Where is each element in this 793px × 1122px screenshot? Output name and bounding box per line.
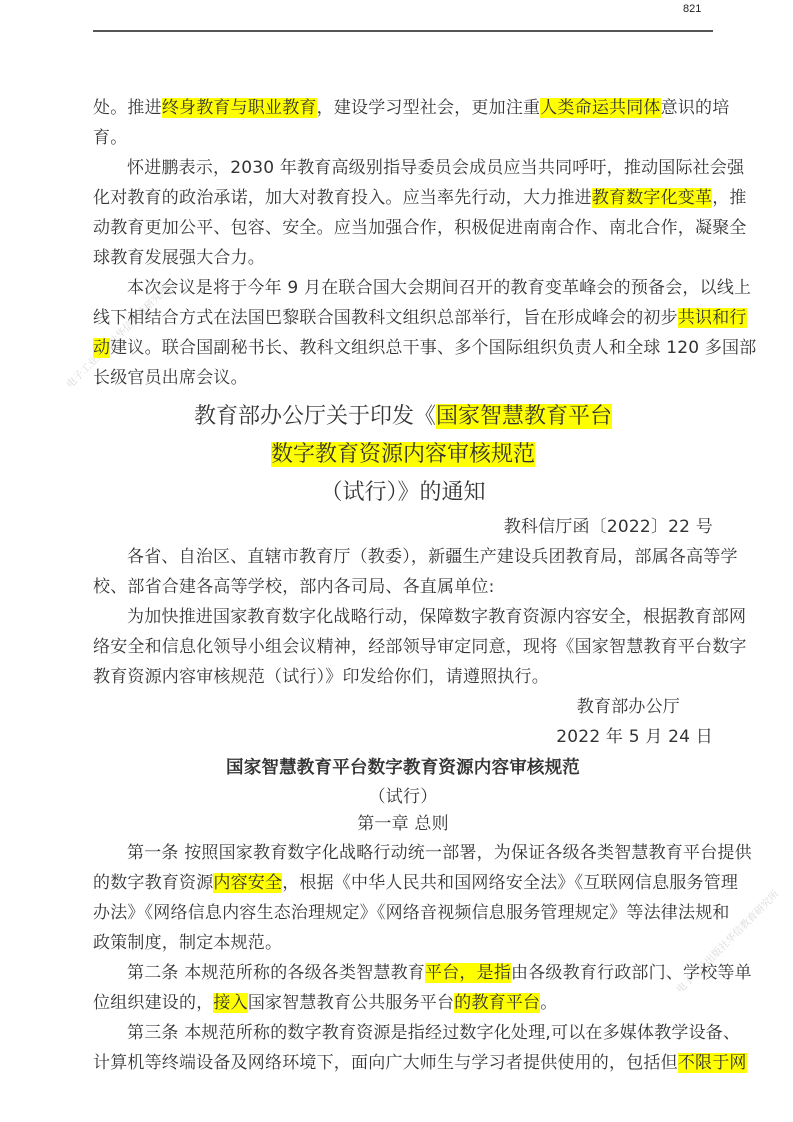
highlighted-text: 平台，是指 [425, 963, 511, 983]
document-number: 教科信厅函〔2022〕22 号 [93, 512, 713, 542]
highlighted-text: 内容安全 [213, 873, 282, 893]
intro-paragraph-line: 本次会议是将于今年 9 月在联合国大会期间召开的教育变革峰会的预备会，以线上 [93, 273, 713, 303]
text-run: 。 [540, 993, 557, 1013]
regulation-title: 国家智慧教育平台数字教育资源内容审核规范 [93, 752, 713, 784]
article-paragraph-line: 政策制度，制定本规范。 [93, 928, 713, 958]
text-run: ，建设学习型社会，更加注重 [317, 98, 541, 118]
text-run: 长级官员出席会议。 [93, 368, 248, 388]
document-body: 处。推进终身教育与职业教育，建设学习型社会，更加注重人类命运共同体意识的培育。怀… [93, 93, 713, 1078]
highlighted-text: 终身教育与职业教育 [162, 98, 317, 118]
text-run: 第二条 本规范所称的各级各类智慧教育 [127, 963, 425, 983]
header-rule [93, 30, 713, 32]
notice-body-line-2: 络安全和信息化领导小组会议精神，经部领导审定同意，现将《国家智慧教育平台数字 [93, 632, 713, 662]
text-run: 动教育更加公平、包容、安全。应当加强合作，积极促进南南合作、南北合作，凝聚全 [93, 218, 747, 238]
article-paragraph-line: 的数字教育资源内容安全，根据《中华人民共和国网络安全法》《互联网信息服务管理 [93, 868, 713, 898]
notice-title-line: 数字教育资源内容审核规范 [93, 436, 713, 474]
text-run: 意识的培 [661, 98, 730, 118]
highlighted-text: 共识和行 [678, 308, 747, 328]
highlighted-text: 国家智慧教育平台 [436, 404, 612, 429]
article-paragraph-line: 办法》《网络信息内容生态治理规定》《网络音视频信息服务管理规定》等法律法规和 [93, 898, 713, 928]
text-run: 育。 [93, 128, 127, 148]
text-run: 怀进鹏表示，2030 年教育高级别指导委员会成员应当共同呼吁，推动国际社会强 [127, 158, 744, 178]
articles-section: 第一条 按照国家教育数字化战略行动统一部署，为保证各级各类智慧教育平台提供的数字… [93, 838, 713, 1078]
text-run: 的数字教育资源 [93, 873, 213, 893]
text-run: 化对教育的政治承诺，加大对教育投入。应当率先行动，大力推进 [93, 188, 592, 208]
article-paragraph-line: 第一条 按照国家教育数字化战略行动统一部署，为保证各级各类智慧教育平台提供 [93, 838, 713, 868]
page-number: 821 [683, 3, 701, 15]
text-run: 计算机等终端设备及网络环境下，面向广大师生与学习者提供使用的，包括但 [93, 1053, 678, 1073]
text-run: 国家智慧教育公共服务平台 [248, 993, 454, 1013]
notice-body-line-3: 教育资源内容审核规范（试行）》印发给你们，请遵照执行。 [93, 662, 713, 692]
text-run: 线下相结合方式在法国巴黎联合国教科文组织总部举行，旨在形成峰会的初步 [93, 308, 678, 328]
text-run: ，推 [712, 188, 746, 208]
regulation-subtitle: （试行） [93, 784, 713, 811]
intro-paragraph-line: 动建议。联合国副秘书长、教科文组织总干事、多个国际组织负责人和全球 120 多国… [93, 333, 713, 363]
intro-paragraph-line: 线下相结合方式在法国巴黎联合国教科文组织总部举行，旨在形成峰会的初步共识和行 [93, 303, 713, 333]
intro-section: 处。推进终身教育与职业教育，建设学习型社会，更加注重人类命运共同体意识的培育。怀… [93, 93, 713, 393]
signature: 教育部办公厅 [93, 692, 713, 722]
text-run: 由各级教育行政部门、学校等单 [511, 963, 752, 983]
text-run: 本次会议是将于今年 9 月在联合国大会期间召开的教育变革峰会的预备会，以线上 [127, 278, 751, 298]
highlighted-text: 不限于网 [678, 1053, 747, 1073]
recipients-line-2: 校、部省合建各高等学校，部内各司局、各直属单位: [93, 572, 713, 602]
article-paragraph-line: 第二条 本规范所称的各级各类智慧教育平台，是指由各级教育行政部门、学校等单 [93, 958, 713, 988]
intro-paragraph-line: 育。 [93, 123, 713, 153]
text-run: 球教育发展强大合力。 [93, 248, 265, 268]
highlighted-text: 接入 [213, 993, 247, 1013]
article-paragraph-line: 计算机等终端设备及网络环境下，面向广大师生与学习者提供使用的，包括但不限于网 [93, 1048, 713, 1078]
notice-title-line: 教育部办公厅关于印发《国家智慧教育平台 [93, 398, 713, 436]
intro-paragraph-line: 长级官员出席会议。 [93, 363, 713, 393]
article-paragraph-line: 第三条 本规范所称的数字教育资源是指经过数字化处理,可以在多媒体教学设备、 [93, 1018, 713, 1048]
text-run: 第三条 本规范所称的数字教育资源是指经过数字化处理,可以在多媒体教学设备、 [127, 1023, 740, 1043]
intro-paragraph-line: 处。推进终身教育与职业教育，建设学习型社会，更加注重人类命运共同体意识的培 [93, 93, 713, 123]
intro-paragraph-line: 怀进鹏表示，2030 年教育高级别指导委员会成员应当共同呼吁，推动国际社会强 [93, 153, 713, 183]
article-paragraph-line: 位组织建设的，接入国家智慧教育公共服务平台的教育平台。 [93, 988, 713, 1018]
text-run: 第一条 按照国家教育数字化战略行动统一部署，为保证各级各类智慧教育平台提供 [127, 843, 752, 863]
notice-body-line-1: 为加快推进国家教育数字化战略行动，保障数字教育资源内容安全，根据教育部网 [93, 602, 713, 632]
text-run: 处。推进 [93, 98, 162, 118]
notice-title: 教育部办公厅关于印发《国家智慧教育平台数字教育资源内容审核规范（试行）》的通知 [93, 398, 713, 512]
text-run: ，根据《中华人民共和国网络安全法》《互联网信息服务管理 [282, 873, 738, 893]
intro-paragraph-line: 化对教育的政治承诺，加大对教育投入。应当率先行动，大力推进教育数字化变革，推 [93, 183, 713, 213]
highlighted-text: 的教育平台 [454, 993, 540, 1013]
text-run: 建议。联合国副秘书长、教科文组织总干事、多个国际组织负责人和全球 120 多国部 [110, 338, 756, 358]
intro-paragraph-line: 球教育发展强大合力。 [93, 243, 713, 273]
highlighted-text: 教育数字化变革 [592, 188, 712, 208]
signature-text: 教育部办公厅 [577, 697, 680, 717]
highlighted-text: 人类命运共同体 [540, 98, 660, 118]
recipients-line-1: 各省、自治区、直辖市教育厅（教委），新疆生产建设兵团教育局，部属各高等学 [93, 542, 713, 572]
text-run: （试行）》的通知 [320, 480, 485, 505]
intro-paragraph-line: 动教育更加公平、包容、安全。应当加强合作，积极促进南南合作、南北合作，凝聚全 [93, 213, 713, 243]
highlighted-text: 数字教育资源内容审核规范 [271, 442, 535, 467]
text-run: 位组织建设的， [93, 993, 213, 1013]
highlighted-text: 动 [93, 338, 110, 358]
chapter-heading: 第一章 总则 [93, 811, 713, 838]
text-run: 办法》《网络信息内容生态治理规定》《网络音视频信息服务管理规定》等法律法规和 [93, 903, 730, 923]
text-run: 教育部办公厅关于印发《 [194, 404, 436, 429]
text-run: 政策制度，制定本规范。 [93, 933, 282, 953]
notice-date: 2022 年 5 月 24 日 [93, 722, 713, 752]
notice-title-line: （试行）》的通知 [93, 474, 713, 512]
